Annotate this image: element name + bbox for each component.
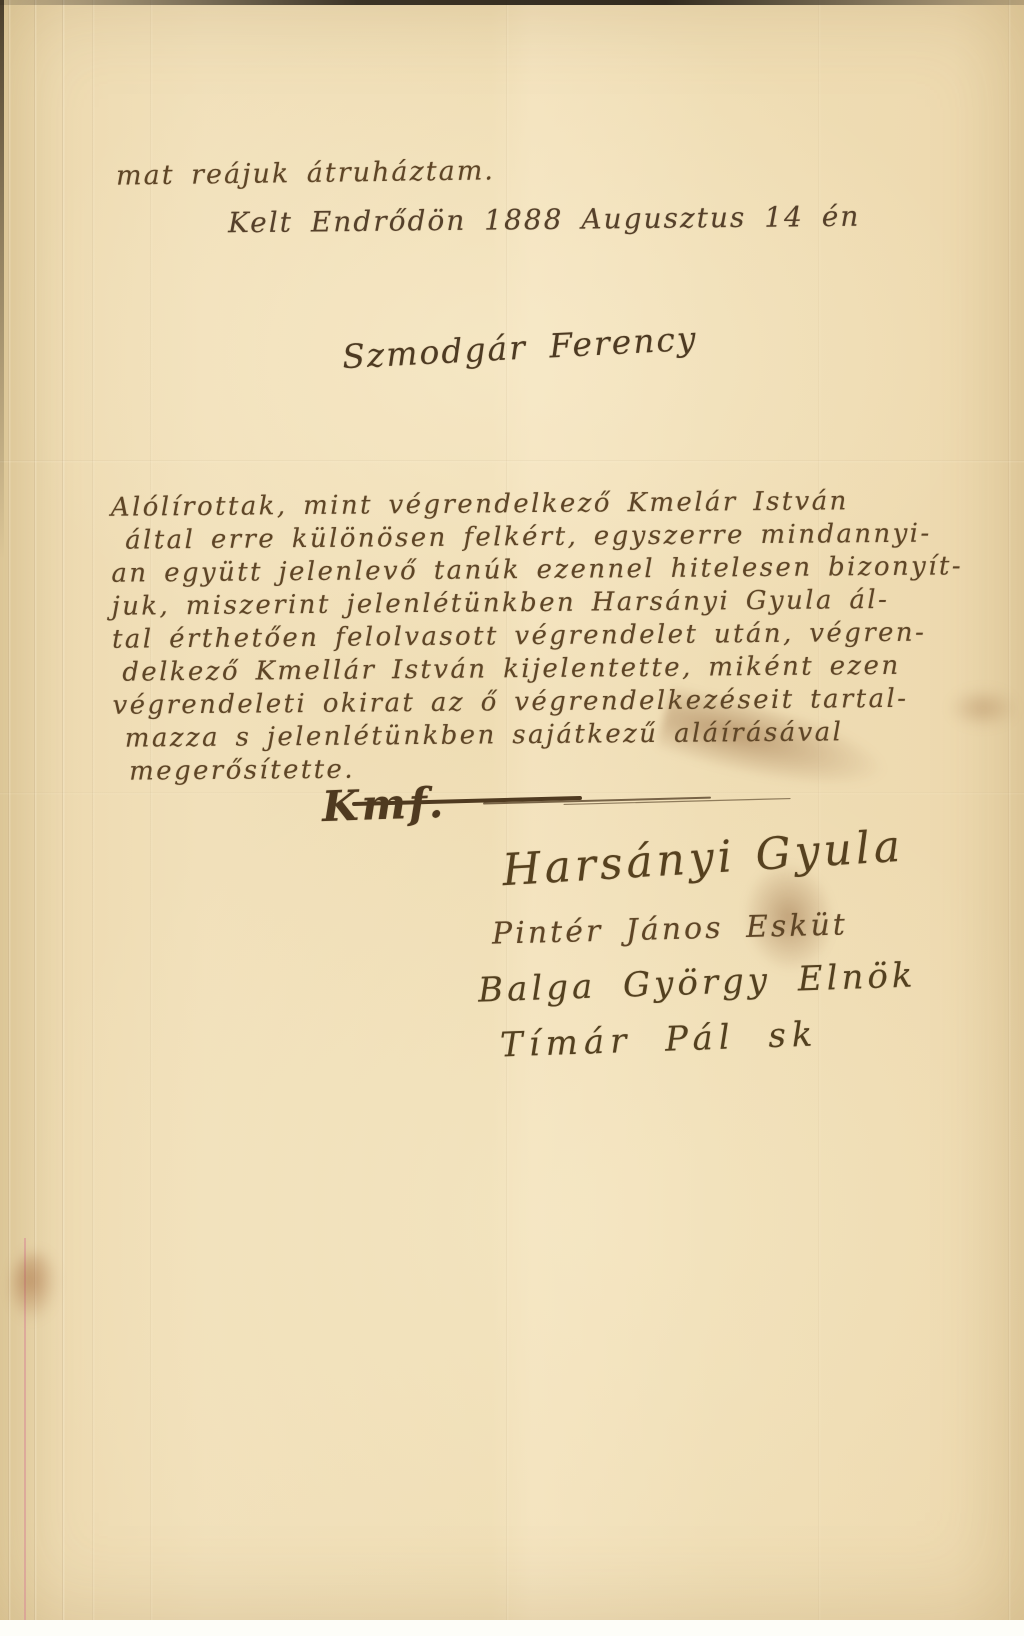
fold-crease	[1008, 0, 1011, 1620]
witness-signature-balga: Balga György Elnök	[477, 955, 917, 1010]
center-fold-crease	[506, 0, 509, 1620]
scan-edge-left	[0, 0, 4, 560]
horizontal-crease	[0, 460, 1024, 463]
fold-crease	[8, 0, 11, 1620]
manuscript-date-line: Kelt Endrődön 1888 Augusztus 14 én	[228, 200, 861, 240]
fold-crease	[62, 0, 65, 1620]
ink-stain	[12, 1252, 58, 1322]
fold-crease	[150, 0, 153, 1620]
fold-crease	[818, 0, 821, 1620]
testator-signature: Szmodgár Ferency	[341, 319, 698, 377]
scan-edge-bottom	[0, 1620, 1024, 1636]
witness-signature-harsanyi: Harsányi Gyula	[501, 821, 906, 896]
scan-edge-top	[0, 0, 1024, 5]
fold-crease	[92, 0, 95, 1620]
manuscript-opening-line: mat reájuk átruháztam.	[116, 155, 495, 191]
witness-signature-timar: Tímár Pál sk	[499, 1014, 819, 1065]
manuscript-paper: mat reájuk átruháztam. Kelt Endrődön 188…	[0, 0, 1024, 1620]
attestation-paragraph: Alólírottak, mint végrendelkező Kmelár I…	[111, 485, 965, 789]
fold-crease	[34, 0, 37, 1620]
